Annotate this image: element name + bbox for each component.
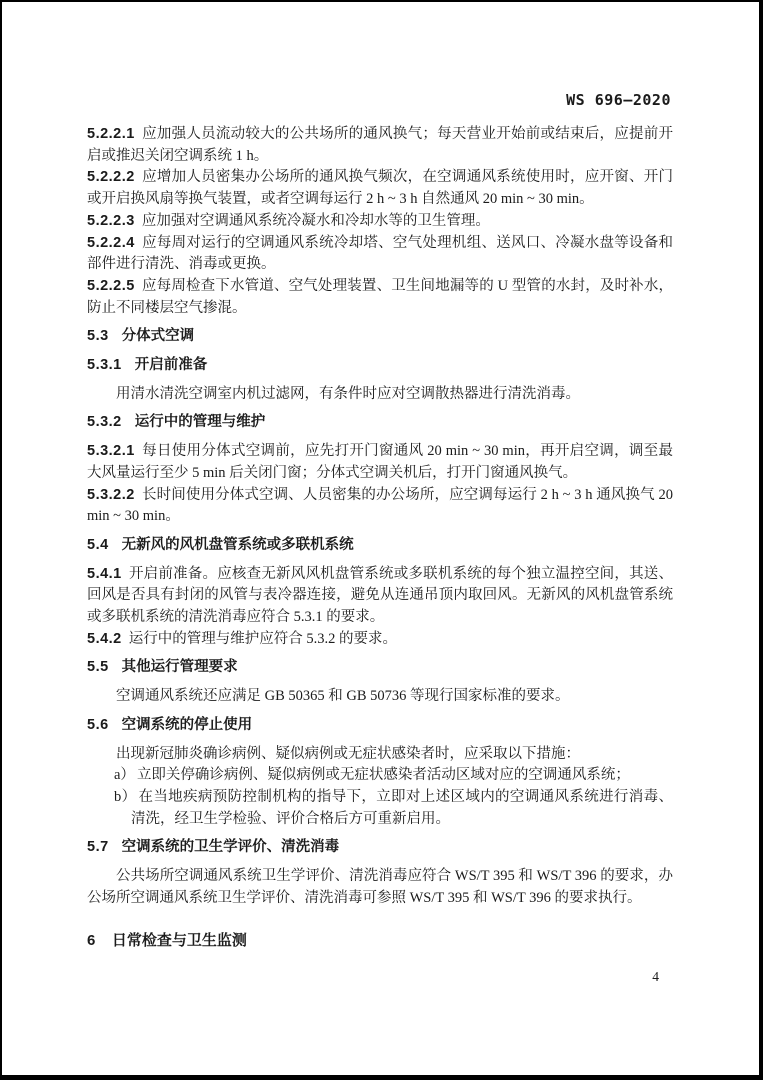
heading-number: 5.3 [87, 328, 122, 344]
clause-text: 长时间使用分体式空调、人员密集的办公场所，应空调每运行 2 h ~ 3 h 通风… [87, 487, 673, 525]
clause-text: 应加强人员流动较大的公共场所的通风换气；每天营业开始前或结束后，应提前开启或推迟… [87, 126, 673, 164]
clause-text: 开启前准备。应核查无新风风机盘管系统或多联机系统的每个独立温控空间，其送、回风是… [87, 566, 673, 625]
heading-title: 空调系统的卫生学评价、清洗消毒 [122, 839, 340, 855]
heading-title: 分体式空调 [122, 328, 195, 344]
heading-number: 5.6 [87, 717, 122, 733]
list-item-b: b）在当地疾病预防控制机构的指导下，立即对上述区域内的空调通风系统进行消毒、清洗… [114, 787, 673, 830]
list-item-text: 在当地疾病预防控制机构的指导下，立即对上述区域内的空调通风系统进行消毒、清洗，经… [131, 789, 673, 827]
heading-title: 开启前准备 [135, 357, 208, 373]
list-item-text: 立即关停确诊病例、疑似病例或无症状感染者活动区域对应的空调通风系统； [137, 767, 630, 783]
section-heading-5.7: 5.7空调系统的卫生学评价、清洗消毒 [87, 837, 673, 859]
list-item-marker: b） [114, 789, 138, 805]
clause-5.4.1: 5.4.1开启前准备。应核查无新风风机盘管系统或多联机系统的每个独立温控空间，其… [87, 564, 673, 629]
clause-text: 应每周检查下水管道、空气处理装置、卫生间地漏等的 U 型管的水封，及时补水，防止… [87, 278, 673, 316]
clause-text: 每日使用分体式空调前，应先打开门窗通风 20 min ~ 30 min，再开启空… [87, 443, 673, 481]
clause-number: 5.3.2.1 [87, 443, 142, 459]
section-heading-5.3.2: 5.3.2运行中的管理与维护 [87, 412, 673, 434]
clause-5.2.2.2: 5.2.2.2应增加人员密集办公场所的通风换气频次，在空调通风系统使用时，应开窗… [87, 167, 673, 210]
heading-title: 无新风的风机盘管系统或多联机系统 [122, 537, 354, 553]
clause-text: 运行中的管理与维护应符合 5.3.2 的要求。 [129, 631, 397, 647]
section-heading-5.3.1: 5.3.1开启前准备 [87, 355, 673, 377]
heading-number: 5.7 [87, 839, 122, 855]
document-page: WS 696—2020 5.2.2.1应加强人员流动较大的公共场所的通风换气；每… [0, 0, 763, 1080]
standard-code: WS 696—2020 [87, 92, 671, 108]
clause-number: 5.2.2.3 [87, 213, 142, 229]
heading-number: 5.3.2 [87, 414, 135, 430]
list-item-a: a）立即关停确诊病例、疑似病例或无症状感染者活动区域对应的空调通风系统； [114, 765, 673, 787]
clause-number: 5.3.2.2 [87, 487, 142, 503]
section-heading-5.6: 5.6空调系统的停止使用 [87, 715, 673, 737]
paragraph: 空调通风系统还应满足 GB 50365 和 GB 50736 等现行国家标准的要… [87, 686, 673, 708]
clause-5.3.2.2: 5.3.2.2长时间使用分体式空调、人员密集的办公场所，应空调每运行 2 h ~… [87, 485, 673, 528]
clause-number: 5.2.2.2 [87, 169, 142, 185]
clause-text: 应加强对空调通风系统冷凝水和冷却水等的卫生管理。 [142, 213, 490, 229]
paragraph: 出现新冠肺炎确诊病例、疑似病例或无症状感染者时，应采取以下措施： [87, 744, 673, 766]
clause-5.2.2.3: 5.2.2.3应加强对空调通风系统冷凝水和冷却水等的卫生管理。 [87, 211, 673, 233]
clause-5.3.2.1: 5.3.2.1每日使用分体式空调前，应先打开门窗通风 20 min ~ 30 m… [87, 441, 673, 484]
document-body: 5.2.2.1应加强人员流动较大的公共场所的通风换气；每天营业开始前或结束后，应… [87, 124, 673, 958]
clause-5.2.2.4: 5.2.2.4应每周对运行的空调通风系统冷却塔、空气处理机组、送风口、冷凝水盘等… [87, 233, 673, 276]
heading-title: 其他运行管理要求 [122, 659, 238, 675]
section-heading-6: 6日常检查与卫生监测 [87, 930, 673, 952]
section-heading-5.5: 5.5其他运行管理要求 [87, 657, 673, 679]
heading-title: 空调系统的停止使用 [122, 717, 253, 733]
clause-number: 5.2.2.5 [87, 278, 142, 294]
clause-5.4.2: 5.4.2运行中的管理与维护应符合 5.3.2 的要求。 [87, 629, 673, 651]
heading-number: 5.3.1 [87, 357, 135, 373]
heading-title: 运行中的管理与维护 [135, 414, 266, 430]
paragraph: 公共场所空调通风系统卫生学评价、清洗消毒应符合 WS/T 395 和 WS/T … [87, 866, 673, 909]
clause-5.2.2.1: 5.2.2.1应加强人员流动较大的公共场所的通风换气；每天营业开始前或结束后，应… [87, 124, 673, 167]
heading-number: 5.4 [87, 537, 122, 553]
section-heading-5.3: 5.3分体式空调 [87, 326, 673, 348]
paragraph: 用清水清洗空调室内机过滤网，有条件时应对空调散热器进行清洗消毒。 [87, 384, 673, 406]
clause-number: 5.4.1 [87, 566, 129, 582]
list-item-marker: a） [114, 767, 137, 783]
heading-number: 6 [87, 932, 112, 949]
heading-title: 日常检查与卫生监测 [112, 932, 247, 949]
clause-5.2.2.5: 5.2.2.5应每周检查下水管道、空气处理装置、卫生间地漏等的 U 型管的水封，… [87, 276, 673, 319]
clause-text: 应每周对运行的空调通风系统冷却塔、空气处理机组、送风口、冷凝水盘等设备和部件进行… [87, 235, 673, 273]
heading-number: 5.5 [87, 659, 122, 675]
clause-text: 应增加人员密集办公场所的通风换气频次，在空调通风系统使用时，应开窗、开门或开启换… [87, 169, 673, 207]
clause-number: 5.2.2.4 [87, 235, 142, 251]
clause-number: 5.4.2 [87, 631, 129, 647]
page-number: 4 [652, 969, 659, 984]
clause-number: 5.2.2.1 [87, 126, 142, 142]
section-heading-5.4: 5.4无新风的风机盘管系统或多联机系统 [87, 535, 673, 557]
